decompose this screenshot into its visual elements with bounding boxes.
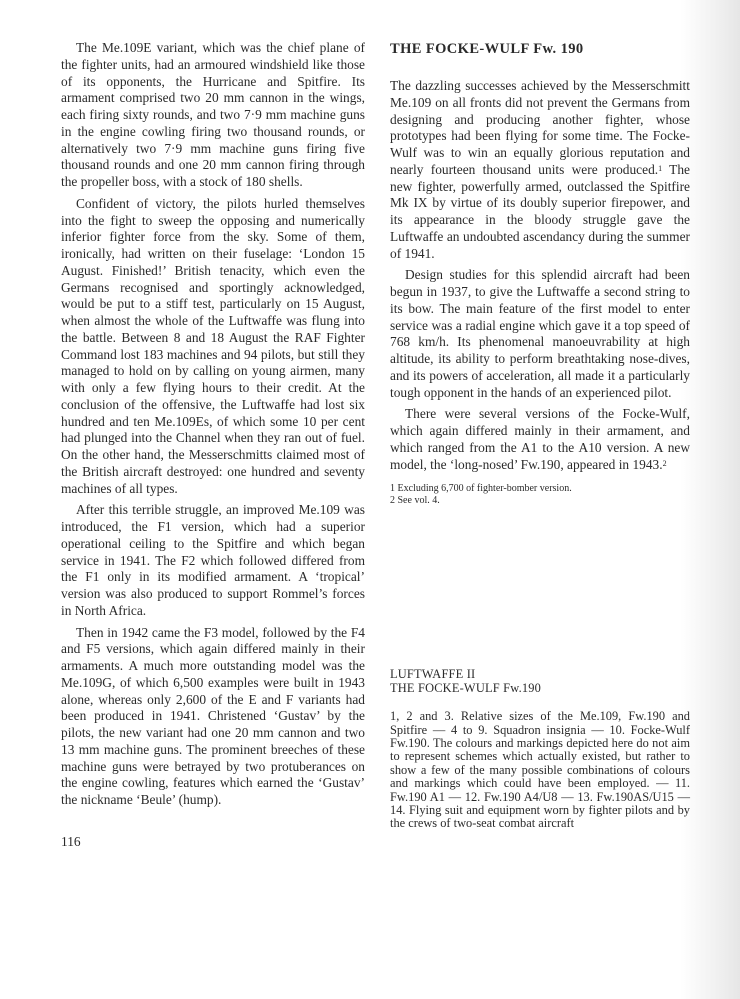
page-number: 116 xyxy=(61,834,81,850)
caption-text: 1, 2 and 3. Relative sizes of the Me.109… xyxy=(390,710,690,831)
body-paragraph: Design studies for this splendid aircraf… xyxy=(390,267,690,401)
left-column: The Me.109E variant, which was the chief… xyxy=(61,40,365,809)
footnotes: 1 Excluding 6,700 of fighter-bomber vers… xyxy=(390,483,690,506)
body-paragraph: The Me.109E variant, which was the chief… xyxy=(61,40,365,191)
plate-caption: LUFTWAFFE II THE FOCKE-WULF Fw.190 1, 2 … xyxy=(390,668,690,831)
caption-title: LUFTWAFFE II THE FOCKE-WULF Fw.190 xyxy=(390,668,690,695)
footnote-reference: 2 xyxy=(663,459,667,468)
chapter-heading: THE FOCKE-WULF Fw. 190 xyxy=(390,40,690,58)
paragraph-text: The dazzling successes achieved by the M… xyxy=(390,78,690,177)
paragraph-text: There were several versions of the Focke… xyxy=(390,406,690,471)
footnote: 1 Excluding 6,700 of fighter-bomber vers… xyxy=(390,483,690,495)
body-paragraph: Then in 1942 came the F3 model, followed… xyxy=(61,625,365,809)
footnote: 2 See vol. 4. xyxy=(390,495,690,507)
body-paragraph: Confident of victory, the pilots hurled … xyxy=(61,196,365,498)
caption-title-line: LUFTWAFFE II xyxy=(390,668,690,682)
right-column: THE FOCKE-WULF Fw. 190 The dazzling succ… xyxy=(390,40,690,506)
body-paragraph: The dazzling successes achieved by the M… xyxy=(390,78,690,262)
body-paragraph: There were several versions of the Focke… xyxy=(390,406,690,473)
footnote-reference: 1 xyxy=(658,164,662,173)
body-paragraph: After this terrible struggle, an improve… xyxy=(61,502,365,619)
caption-title-line: THE FOCKE-WULF Fw.190 xyxy=(390,682,690,696)
paragraph-text: Design studies for this splendid aircraf… xyxy=(390,267,690,399)
